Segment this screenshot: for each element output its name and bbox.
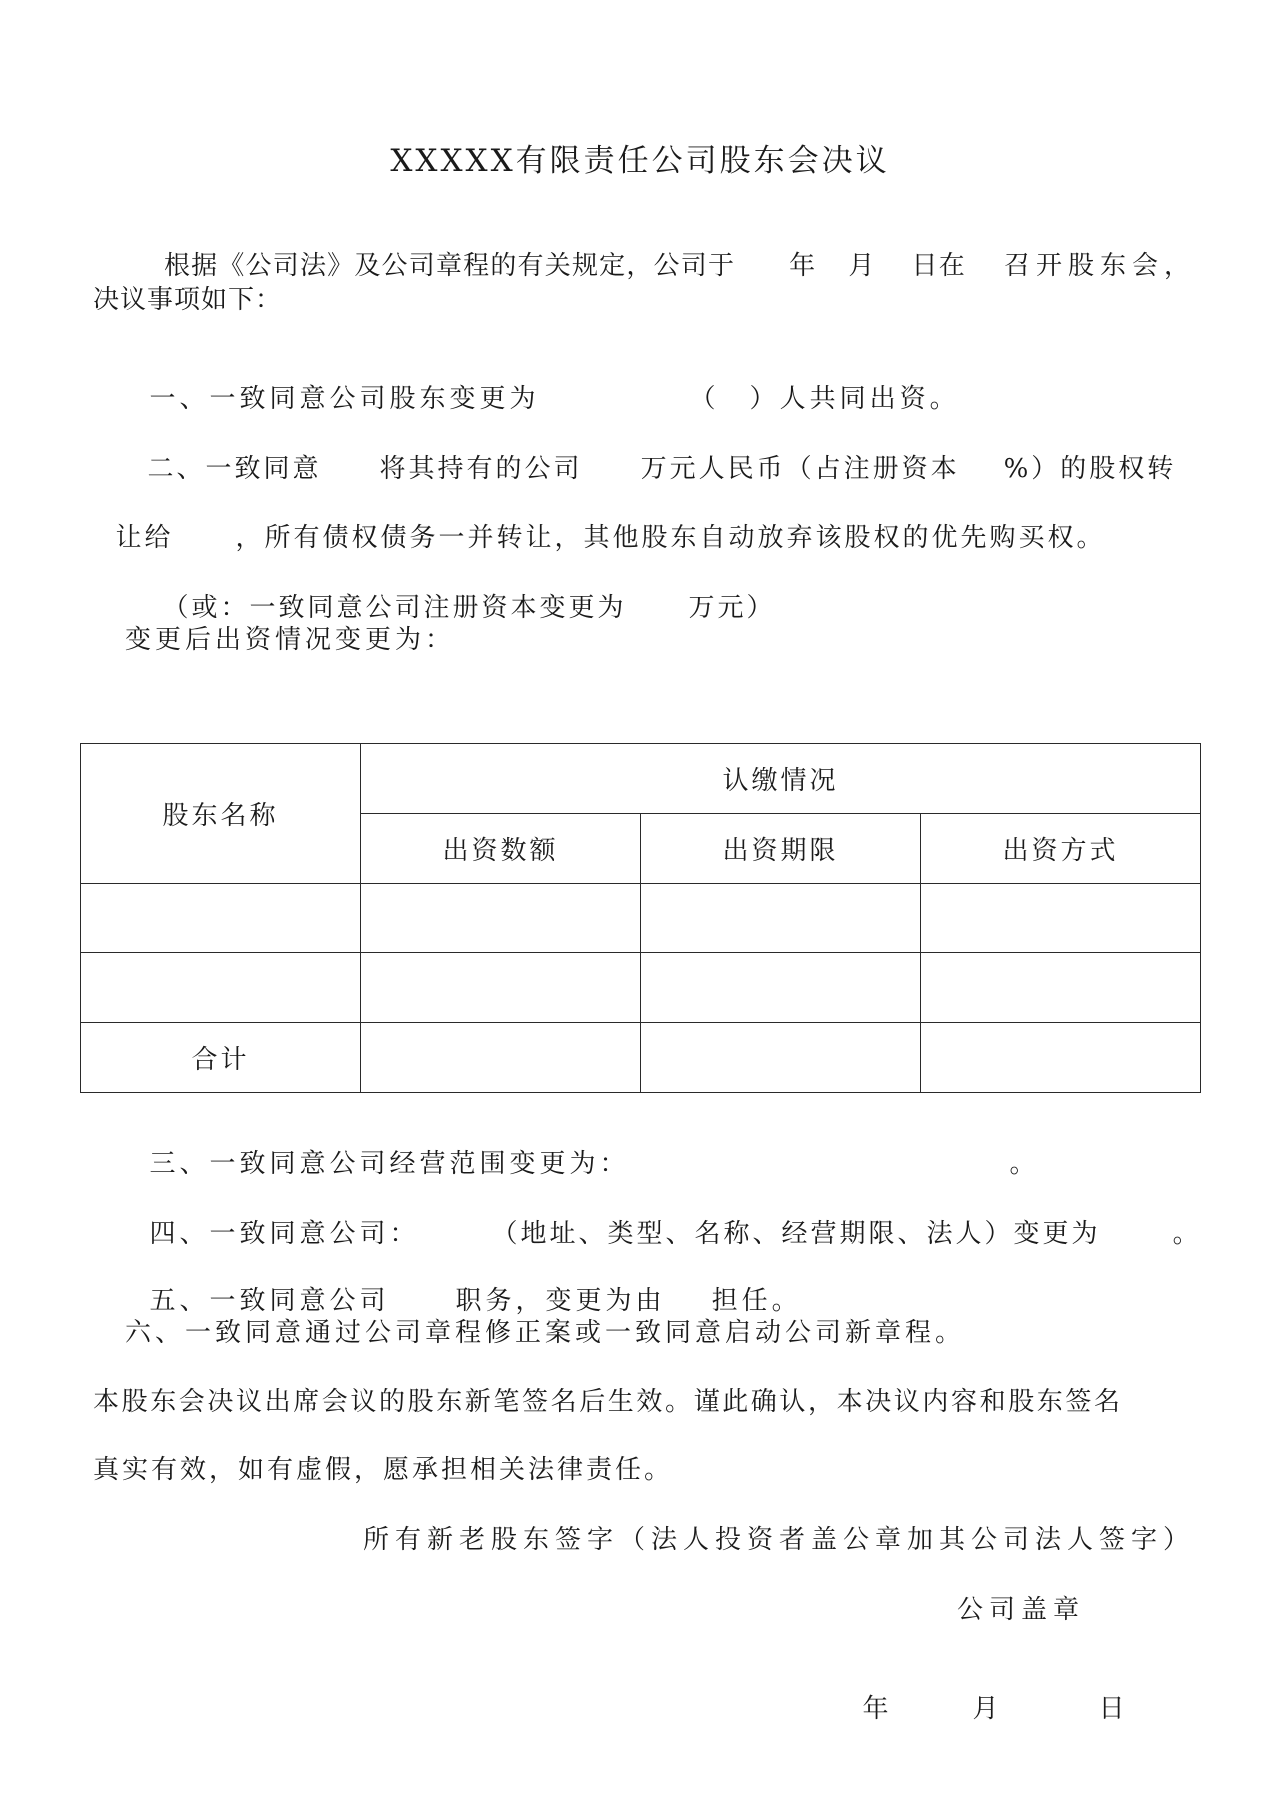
after-change-label: 变更后出资情况变更为：: [125, 623, 455, 657]
header-subscription-group: 认缴情况: [361, 744, 1201, 814]
item-5-b: 职务，变更为由: [456, 1286, 666, 1316]
item-2-line-1: 二、一致同意将其持有的公司万元人民币（占注册资本%）的股权转: [125, 418, 1176, 486]
header-contribution-deadline: 出资期限: [641, 813, 921, 883]
table-row: [81, 953, 1201, 1023]
total-method[interactable]: [921, 1023, 1201, 1093]
item-2-line2-a: 让给: [116, 523, 174, 553]
total-amount[interactable]: [361, 1023, 641, 1093]
item-3: 三、一致同意公司经营范围变更为：。: [125, 1113, 1040, 1181]
closing-line-1: 本股东会决议出席会议的股东新笔签名后生效。谨此确认，本决议内容和股东签名: [93, 1385, 1123, 1419]
total-deadline[interactable]: [641, 1023, 921, 1093]
total-label: 合计: [81, 1023, 361, 1093]
table-row: [81, 883, 1201, 953]
meeting-text: 召开股东会，: [1004, 251, 1196, 281]
signature-date: 年月日: [846, 1658, 1125, 1726]
cell-deadline[interactable]: [641, 883, 921, 953]
alt-capital-a: （或：一致同意公司注册资本变更为: [163, 593, 627, 623]
blank-year-label: 年: [789, 251, 816, 281]
item-2-c: 万元人民币（占注册资本: [641, 454, 960, 484]
table-total-row: 合计: [81, 1023, 1201, 1093]
company-seal-label: 公司盖章: [957, 1593, 1085, 1627]
item-5: 五、一致同意公司职务，变更为由担任。: [125, 1250, 802, 1318]
item-4-b: （地址、类型、名称、经营期限、法人）变更为: [492, 1219, 1101, 1249]
item-4-a: 四、一致同意公司：: [150, 1219, 420, 1249]
item-5-c: 担任。: [712, 1286, 802, 1316]
cell-amount[interactable]: [361, 883, 641, 953]
item-5-a: 五、一致同意公司: [150, 1286, 390, 1316]
header-contribution-method: 出资方式: [921, 813, 1201, 883]
cell-method[interactable]: [921, 953, 1201, 1023]
table-header-row-1: 股东名称 认缴情况: [81, 744, 1201, 814]
shareholder-signature-label: 所有新老股东签字（法人投资者盖公章加其公司法人签字）: [363, 1523, 1195, 1557]
date-day-label: 日: [1099, 1694, 1125, 1724]
cell-shareholder[interactable]: [81, 953, 361, 1023]
document-title: XXXXX有限责任公司股东会决议: [0, 142, 1280, 180]
preamble-line-1: 根据《公司法》及公司章程的有关规定，公司于年月日在召开股东会，: [145, 215, 1196, 283]
closing-line-2: 真实有效，如有虚假，愿承担相关法律责任。: [93, 1453, 673, 1487]
preamble-line-2: 决议事项如下：: [93, 283, 282, 317]
item-3-text: 三、一致同意公司经营范围变更为：: [150, 1149, 630, 1179]
alt-capital-b: 万元）: [689, 593, 776, 623]
cell-method[interactable]: [921, 883, 1201, 953]
subscription-table: 股东名称 认缴情况 出资数额 出资期限 出资方式 合计: [80, 743, 1201, 1093]
header-shareholder-name: 股东名称: [81, 744, 361, 884]
item-6: 六、一致同意通过公司章程修正案或一致同意启动公司新章程。: [125, 1316, 965, 1350]
item-2-a: 二、一致同意: [148, 454, 322, 484]
item-1-paren: （ ）: [690, 384, 780, 414]
item-3-end: 。: [1010, 1149, 1040, 1179]
alt-capital-line: （或：一致同意公司注册资本变更为万元）: [140, 557, 776, 625]
item-4-end: 。: [1173, 1219, 1203, 1249]
item-1-text: 一、一致同意公司股东变更为: [150, 384, 540, 414]
item-1: 一、一致同意公司股东变更为（ ）人共同出资。: [125, 348, 960, 416]
preamble-text: 根据《公司法》及公司章程的有关规定，公司于: [164, 251, 735, 281]
blank-day-label: 日在: [912, 251, 966, 281]
date-month-label: 月: [973, 1694, 999, 1724]
date-year-label: 年: [863, 1694, 889, 1724]
item-1-suffix: 人共同出资。: [780, 384, 960, 414]
item-2-line2-b: ，所有债权债务一并转让，其他股东自动放弃该股权的优先购买权。: [236, 523, 1106, 553]
item-4: 四、一致同意公司：（地址、类型、名称、经营期限、法人）变更为。: [125, 1183, 1203, 1251]
header-contribution-amount: 出资数额: [361, 813, 641, 883]
item-2-d: %）的股权转: [1004, 454, 1177, 484]
cell-amount[interactable]: [361, 953, 641, 1023]
item-2-b: 将其持有的公司: [380, 454, 583, 484]
cell-shareholder[interactable]: [81, 883, 361, 953]
item-2-line-2: 让给，所有债权债务一并转让，其他股东自动放弃该股权的优先购买权。: [93, 487, 1106, 555]
cell-deadline[interactable]: [641, 953, 921, 1023]
blank-month-label: 月: [848, 251, 875, 281]
